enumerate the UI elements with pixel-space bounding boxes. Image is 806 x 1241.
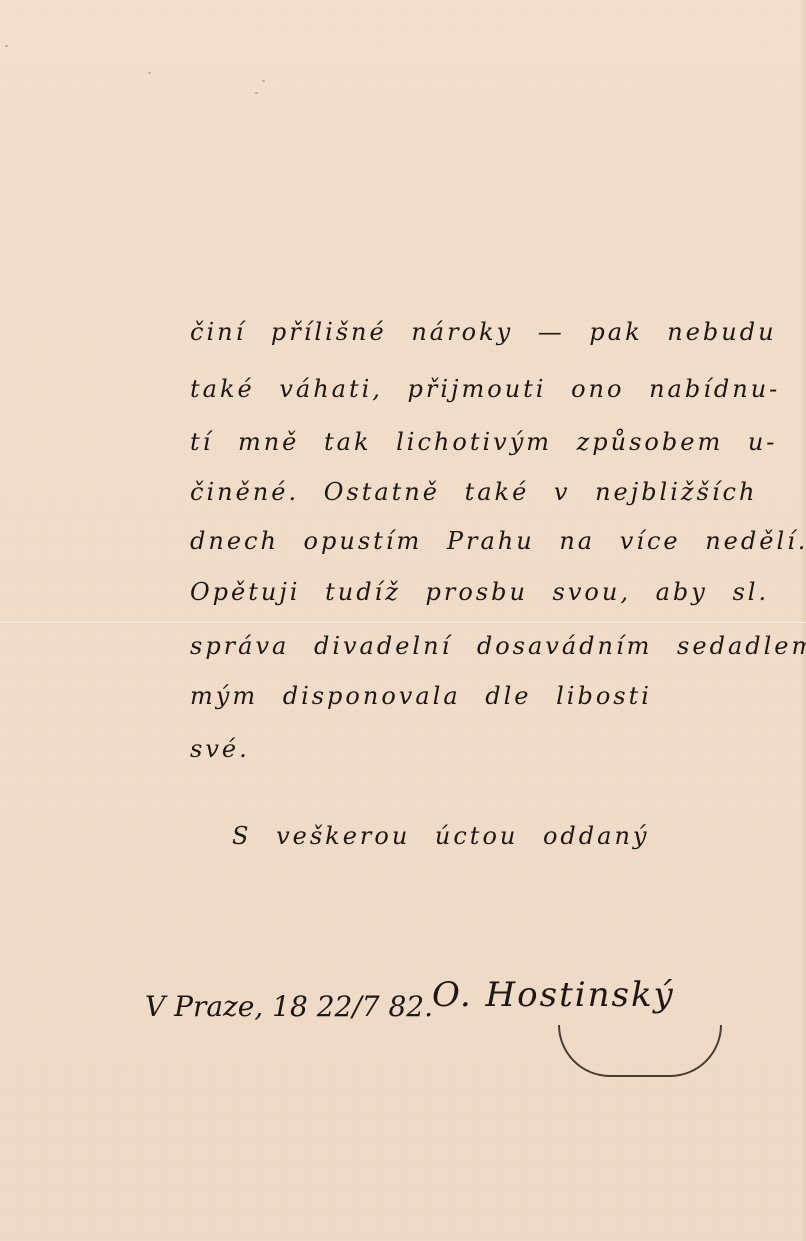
letter-line: správa divadelní dosavádním sedadlem	[190, 632, 806, 660]
letter-line: své.	[190, 735, 250, 763]
letter-line: tí mně tak lichotivým způsobem u-	[190, 428, 777, 456]
paper-speck	[5, 45, 8, 47]
letter-line: činěné. Ostatně také v nejbližších	[190, 478, 757, 506]
letter-closing: S veškerou úctou oddaný	[232, 822, 649, 850]
fold-crease	[0, 622, 806, 624]
letter-line: mým disponovala dle libosti	[190, 682, 652, 710]
letter-line: také váhati, přijmouti ono nabídnu-	[190, 375, 780, 403]
letter-date-place: V Praze, 18 22/7 82.	[145, 990, 433, 1023]
signature-flourish	[558, 1025, 722, 1077]
letter-page: činí přílišné nároky — pak nebudu také v…	[0, 0, 806, 1241]
paper-speck	[148, 72, 151, 74]
paper-speck	[255, 92, 258, 94]
letter-line: činí přílišné nároky — pak nebudu	[190, 318, 777, 346]
paper-speck	[262, 80, 265, 82]
letter-line: dnech opustím Prahu na více nedělí.	[190, 527, 806, 555]
letter-signature: O. Hostinský	[432, 975, 675, 1015]
paper-edge	[800, 0, 806, 1241]
letter-line: Opětuji tudíž prosbu svou, aby sl.	[190, 578, 769, 606]
